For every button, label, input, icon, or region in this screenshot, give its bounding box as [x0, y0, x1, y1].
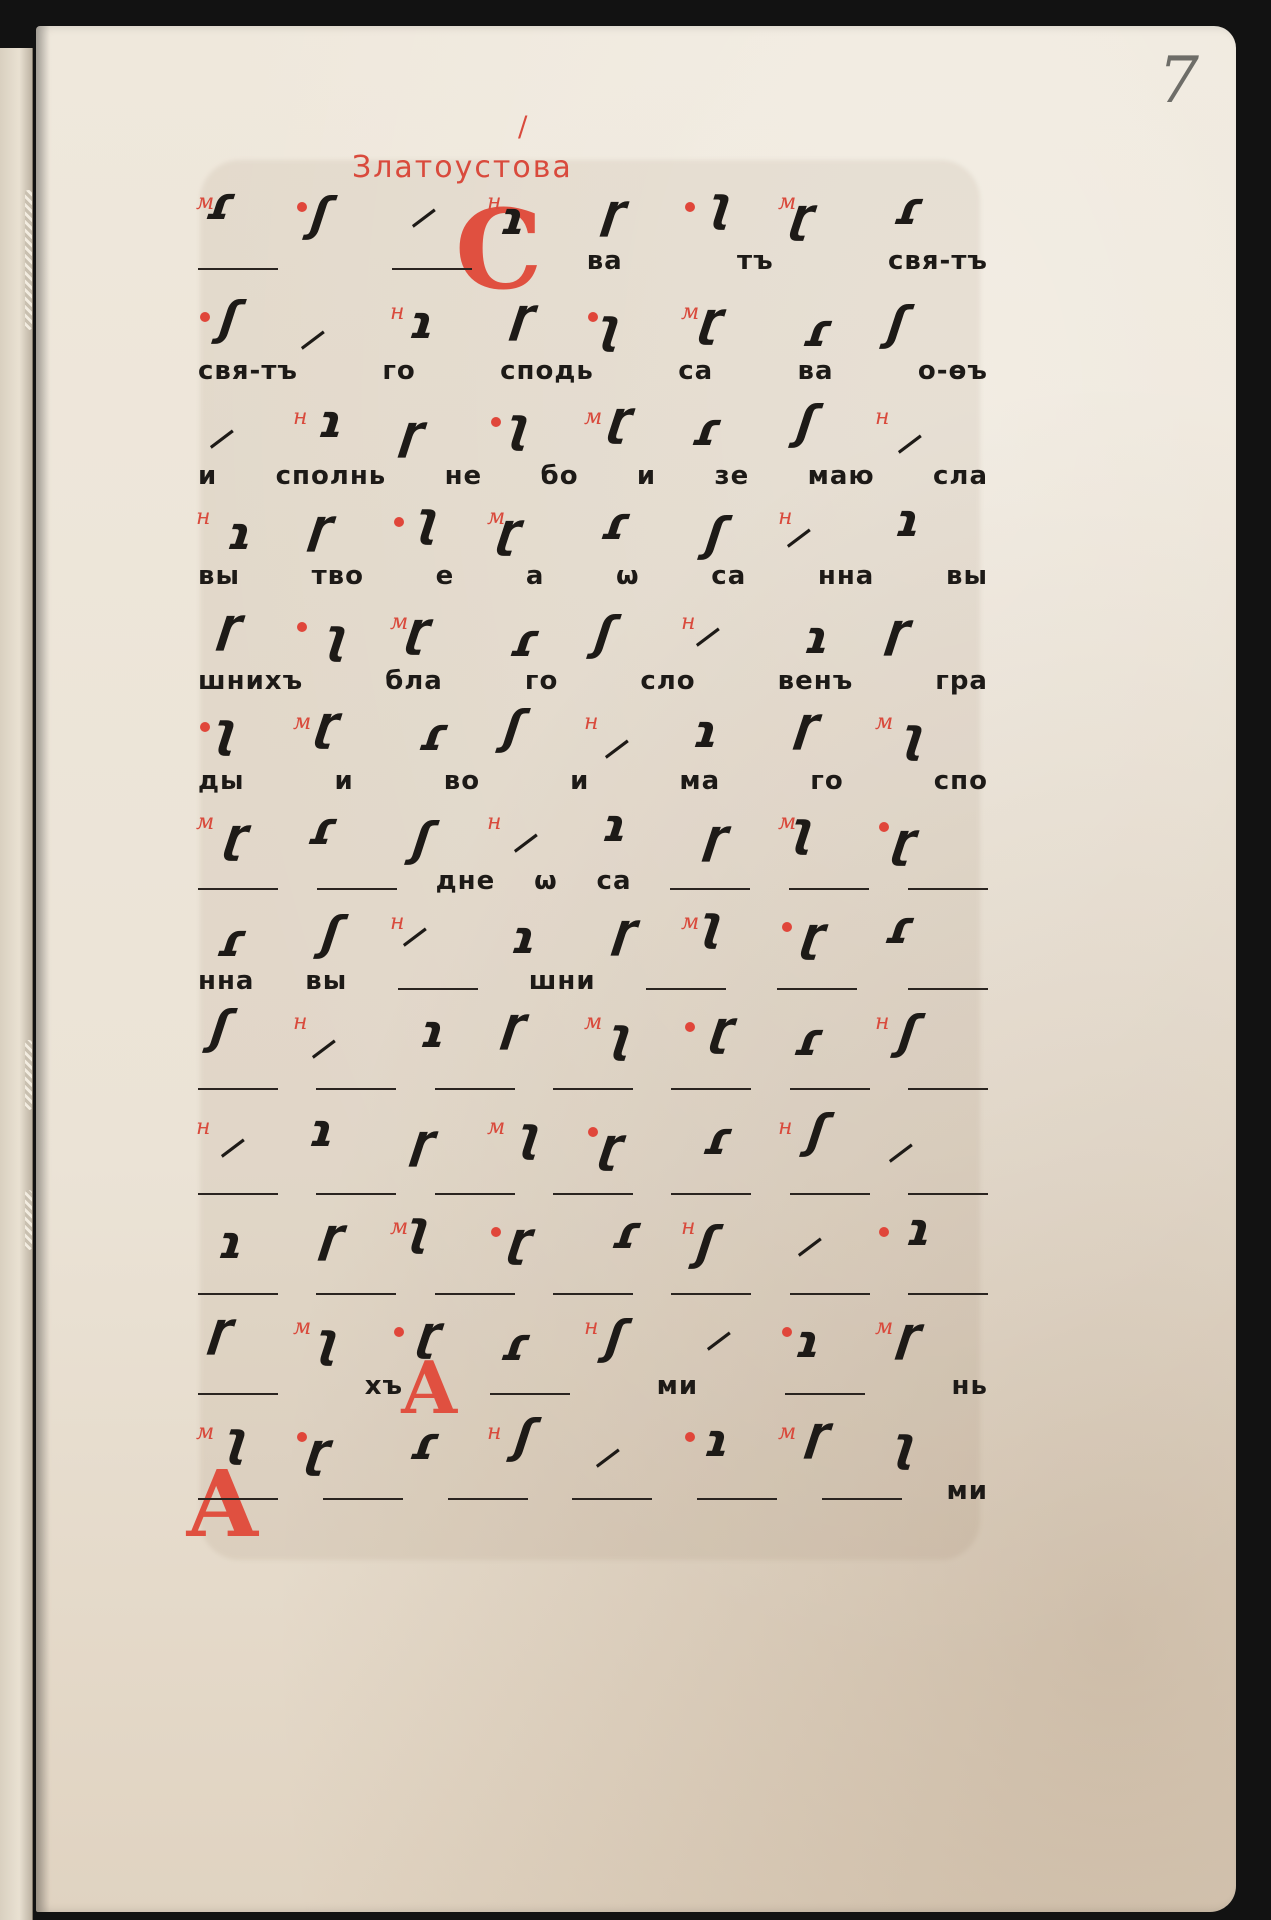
syllable-row — [198, 1066, 988, 1090]
neume-glyph-icon: ʅ — [885, 1421, 928, 1467]
neume-glyph-icon: ɾ — [414, 711, 456, 757]
neume-glyph-icon: ⸝ — [400, 903, 438, 949]
cinnabar-mark: н — [196, 1115, 211, 1140]
neume-glyph-icon: ʅ — [408, 496, 451, 542]
syllable-row: хъминь — [198, 1371, 988, 1401]
syllable — [671, 1066, 751, 1090]
cinnabar-dot-icon — [491, 1227, 501, 1237]
chant-line: ʃ⸝ɿнɼʅɽмɾʃсвя-тъгосподьсавао-ѳъ — [198, 290, 988, 394]
syllable: нна — [198, 966, 254, 996]
neume-glyph-icon: ɼ — [801, 1410, 839, 1456]
neume-glyph-icon: ɿ — [504, 914, 546, 960]
cinnabar-mark: м — [584, 1010, 602, 1035]
neume-glyph-icon: ɾ — [687, 406, 729, 452]
neume-glyph-icon: ɾ — [303, 805, 345, 851]
cinnabar-mark: м — [390, 610, 408, 635]
neume-glyph-icon: ⸝ — [886, 1119, 924, 1165]
syllable: о-ѳъ — [918, 356, 988, 386]
syllable — [198, 1066, 278, 1090]
syllable: гра — [935, 666, 988, 696]
syllable — [448, 1476, 528, 1500]
neume-glyph-icon: ⸝ — [511, 809, 549, 855]
syllable — [908, 966, 988, 990]
chant-line: ɼʅɽмɾʃ⸝нɿɼшнихъблагословенъгра — [198, 600, 988, 704]
syllable: ѡ — [534, 866, 558, 896]
syllable: и — [335, 766, 354, 796]
neume-glyph-icon: ɿ — [220, 510, 262, 556]
neume-glyph-icon: ʃ — [791, 399, 825, 445]
neume-glyph-icon: ɽ — [219, 812, 257, 858]
neume-glyph-icon: ɿ — [797, 614, 839, 660]
neume-glyph-icon: ɾ — [798, 307, 840, 353]
cinnabar-dot-icon — [685, 202, 695, 212]
syllable: свя-тъ — [888, 246, 988, 276]
syllable: во — [444, 766, 480, 796]
neume-glyph-icon: ɿ — [311, 398, 353, 444]
syllable: са — [678, 356, 713, 386]
syllable — [316, 1171, 396, 1195]
syllable — [822, 1476, 902, 1500]
neume-glyph-icon: ɿ — [302, 1107, 344, 1153]
syllable-row: днеѡса — [198, 866, 988, 896]
syllable — [789, 866, 869, 890]
syllable: спо — [934, 766, 988, 796]
cinnabar-mark: н — [487, 1420, 502, 1445]
cinnabar-mark: м — [778, 1420, 796, 1445]
syllable: и — [570, 766, 589, 796]
syllable — [198, 1476, 278, 1500]
neume-glyph-icon: ʅ — [601, 1012, 644, 1058]
neume-glyph-icon: ɾ — [405, 1420, 447, 1466]
neume-glyph-icon: ɽ — [705, 1005, 743, 1051]
syllable: ми — [657, 1371, 698, 1401]
cinnabar-mark: н — [487, 810, 502, 835]
neume-glyph-icon: ɼ — [506, 292, 544, 338]
syllable: дне — [436, 866, 496, 896]
syllable-row: ми — [198, 1476, 988, 1506]
neume-glyph-icon: ʅ — [894, 712, 937, 758]
neume-glyph-icon: ⸝ — [602, 715, 640, 761]
syllable: не — [445, 461, 483, 491]
syllable: ва — [798, 356, 834, 386]
syllable: тъ — [737, 246, 774, 276]
chant-line: ʅмɽɾʃн⸝ɿɼмʅми — [198, 1410, 988, 1514]
neume-glyph-icon: ɽ — [503, 1216, 541, 1262]
syllable: ми — [947, 1476, 988, 1506]
neume-glyph-icon: ʅ — [499, 402, 542, 448]
cinnabar-mark: м — [875, 1315, 893, 1340]
neume-glyph-icon: ɿ — [686, 708, 728, 754]
neume-glyph-icon: ɽ — [310, 700, 348, 746]
cinnabar-mark: м — [196, 1420, 214, 1445]
syllable: а — [526, 561, 545, 591]
cinnabar-dot-icon — [588, 1127, 598, 1137]
neume-glyph-icon: ʅ — [510, 1111, 553, 1157]
neume-glyph-icon: ɽ — [412, 1310, 450, 1356]
syllable: сла — [933, 461, 988, 491]
chant-line: ɼʅмɽɾʃн⸝ɿɼмхъминь — [198, 1305, 988, 1409]
cinnabar-mark: н — [390, 300, 405, 325]
cinnabar-mark: н — [293, 1010, 308, 1035]
syllable: сло — [640, 666, 695, 696]
neume-glyph-icon: ⸝ — [895, 410, 933, 456]
neume-glyph-icon: ɿ — [788, 1318, 830, 1364]
neume-row: ɾʃ⸝нɿɼʅмɽɾ — [198, 900, 988, 970]
neume-glyph-icon: ʃ — [589, 610, 623, 656]
neume-glyph-icon: ʃ — [316, 910, 350, 956]
cinnabar-mark: н — [681, 610, 696, 635]
neume-glyph-icon: ⸝ — [298, 306, 336, 352]
syllable: сполнь — [276, 461, 387, 491]
neume-row: ɼʅмɽɾʃн⸝ɿɼм — [198, 1305, 988, 1375]
cinnabar-dot-icon — [782, 1327, 792, 1337]
syllable: го — [525, 666, 558, 696]
cinnabar-mark: м — [584, 405, 602, 430]
cinnabar-mark: н — [584, 1315, 599, 1340]
syllable: бо — [541, 461, 579, 491]
syllable: маю — [808, 461, 875, 491]
neume-row: ʅмɽɾʃн⸝ɿɼмʅ — [198, 1410, 988, 1480]
cinnabar-mark: н — [778, 1115, 793, 1140]
syllable-row — [198, 1271, 988, 1295]
syllable — [646, 966, 726, 990]
neume-glyph-icon: ɿ — [697, 1417, 739, 1463]
neume-glyph-icon: ʃ — [214, 295, 248, 341]
cinnabar-dot-icon — [394, 517, 404, 527]
syllable — [908, 1271, 988, 1295]
neume-row: ɽмɾʃ⸝нɿɼʅмɽ — [198, 800, 988, 870]
neume-glyph-icon: ɼ — [315, 1212, 353, 1258]
neume-glyph-icon: ɾ — [496, 1321, 538, 1367]
cinnabar-dot-icon — [297, 202, 307, 212]
syllable — [908, 866, 988, 890]
neume-glyph-icon: ɽ — [603, 395, 641, 441]
syllable — [671, 1271, 751, 1295]
neume-glyph-icon: ɼ — [699, 813, 737, 859]
neume-glyph-icon: ʅ — [590, 303, 633, 349]
neume-glyph-icon: ʅ — [701, 181, 744, 227]
cinnabar-mark: м — [196, 810, 214, 835]
neume-row: ʅɽмɾʃ⸝нɿɼʅм — [198, 700, 988, 770]
chant-line: ɿɼʅмɽɾʃн⸝ɿ — [198, 1205, 988, 1309]
syllable-row: ннавышни — [198, 966, 988, 996]
neume-glyph-icon: ⸝ — [704, 1307, 742, 1353]
syllable — [435, 1066, 515, 1090]
syllable: венъ — [778, 666, 854, 696]
neume-glyph-icon: ɽ — [796, 911, 834, 957]
syllable: тво — [312, 561, 364, 591]
chant-line: ⸝ɿнɼʅɽмɾʃ⸝нисполньнебоиземаюсла — [198, 395, 988, 499]
cinnabar-dot-icon — [200, 722, 210, 732]
neume-row: ɼʅɽмɾʃ⸝нɿɼ — [198, 600, 988, 670]
syllable — [785, 1371, 865, 1395]
neume-glyph-icon: ʃ — [700, 511, 734, 557]
syllable: шнихъ — [198, 666, 303, 696]
syllable: вы — [946, 561, 988, 591]
syllable: го — [382, 356, 415, 386]
cinnabar-mark: н — [196, 505, 211, 530]
neume-glyph-icon: ɾ — [607, 1209, 649, 1255]
neume-glyph-icon: ɽ — [887, 817, 925, 863]
neume-row: ⸝ɿнɼʅɽмɾʃ⸝н — [198, 395, 988, 465]
syllable — [198, 1371, 278, 1395]
neume-glyph-icon: ʅ — [308, 1317, 351, 1363]
cinnabar-mark: м — [681, 910, 699, 935]
cinnabar-mark: м — [778, 810, 796, 835]
neume-glyph-icon: ⸝ — [207, 405, 245, 451]
neume-row: ɿɼʅмɽɾʃн⸝ɿ — [198, 1205, 988, 1275]
cinnabar-dot-icon — [491, 417, 501, 427]
syllable — [790, 1171, 870, 1195]
neume-glyph-icon: ⸝ — [693, 603, 731, 649]
syllable — [316, 1066, 396, 1090]
syllable: ѡ — [616, 561, 640, 591]
syllable — [777, 966, 857, 990]
cinnabar-mark: м — [681, 300, 699, 325]
neume-glyph-icon: ⸝ — [795, 1213, 833, 1259]
neume-glyph-icon: ɿ — [595, 802, 637, 848]
neume-glyph-icon: ʃ — [205, 1004, 239, 1050]
neume-glyph-icon: ɾ — [505, 617, 547, 663]
neume-glyph-icon: ɼ — [790, 701, 828, 747]
neume-glyph-icon: ʃ — [893, 1009, 927, 1055]
neume-row: ʃ⸝нɿɼʅмɽɾʃн — [198, 1000, 988, 1070]
syllable — [790, 1271, 870, 1295]
folio-number: 7 — [1158, 44, 1199, 118]
cinnabar-mark: н — [487, 190, 502, 215]
neume-glyph-icon: ʃ — [802, 1108, 836, 1154]
syllable — [198, 866, 278, 890]
neume-glyph-icon: ʃ — [600, 1314, 634, 1360]
syllable — [317, 866, 397, 890]
syllable: е — [436, 561, 455, 591]
syllable-row — [198, 1171, 988, 1195]
cinnabar-dot-icon — [200, 312, 210, 322]
cinnabar-dot-icon — [685, 1022, 695, 1032]
syllable: и — [637, 461, 656, 491]
neume-row: ɾмʃ⸝ɿнɼʅɽмɾ — [198, 180, 988, 250]
cinnabar-mark: н — [293, 405, 308, 430]
syllable: го — [810, 766, 843, 796]
syllable-row: шнихъблагословенъгра — [198, 666, 988, 696]
neume-glyph-icon: ɿ — [888, 497, 930, 543]
neume-glyph-icon: ɼ — [608, 907, 646, 953]
syllable: са — [711, 561, 746, 591]
syllable: зе — [714, 461, 749, 491]
cinnabar-mark: н — [875, 405, 890, 430]
neume-glyph-icon: ʃ — [691, 1220, 725, 1266]
syllable — [553, 1066, 633, 1090]
neume-glyph-icon: ʅ — [317, 613, 360, 659]
neume-glyph-icon: ʃ — [407, 816, 441, 862]
neume-glyph-icon: ɼ — [406, 1118, 444, 1164]
syllable: ма — [679, 766, 720, 796]
gutter-shadow — [36, 26, 50, 1912]
neume-glyph-icon: ɾ — [880, 904, 922, 950]
neume-glyph-icon: ʅ — [206, 707, 249, 753]
neume-glyph-icon: ɽ — [594, 1122, 632, 1168]
neume-glyph-icon: ɼ — [881, 607, 919, 653]
cinnabar-dot-icon — [297, 622, 307, 632]
neume-row: ʃ⸝ɿнɼʅɽмɾʃ — [198, 290, 988, 360]
syllable: са — [597, 866, 632, 896]
syllable: и — [198, 461, 217, 491]
syllable-row: исполньнебоиземаюсла — [198, 461, 988, 491]
syllable — [553, 1171, 633, 1195]
syllable-row: вытвоеаѡсаннавы — [198, 561, 988, 591]
neume-glyph-icon: ɼ — [204, 1306, 242, 1352]
cinnabar-mark: м — [875, 710, 893, 735]
syllable — [908, 1066, 988, 1090]
syllable — [553, 1271, 633, 1295]
cinnabar-mark: н — [584, 710, 599, 735]
cinnabar-mark: н — [778, 505, 793, 530]
neume-row: ɿнɼʅɽмɾʃ⸝нɿ — [198, 495, 988, 565]
neume-glyph-icon: ⸝ — [409, 184, 447, 230]
neume-glyph-icon: ɾ — [789, 1016, 831, 1062]
syllable — [398, 966, 478, 990]
neume-glyph-icon: ɼ — [395, 409, 433, 455]
binding-thread — [25, 1190, 32, 1250]
cinnabar-mark: н — [681, 1215, 696, 1240]
cinnabar-dot-icon — [394, 1327, 404, 1337]
syllable — [323, 1476, 403, 1500]
neume-glyph-icon: ɿ — [899, 1206, 941, 1252]
syllable: вы — [198, 561, 240, 591]
syllable — [435, 1171, 515, 1195]
syllable-row: дыивоимагоспо — [198, 766, 988, 796]
rubric-mark: / — [518, 110, 527, 143]
cinnabar-mark: м — [293, 710, 311, 735]
neume-glyph-icon: ɼ — [892, 1311, 930, 1357]
syllable — [316, 1271, 396, 1295]
chant-line: ⸝нɿɼʅмɽɾʃн⸝ — [198, 1105, 988, 1209]
neume-glyph-icon: ⸝ — [218, 1114, 256, 1160]
syllable — [908, 1171, 988, 1195]
syllable — [490, 1371, 570, 1395]
chant-line: ɾмʃ⸝ɿнɼʅɽмɾватъсвя-тъ — [198, 180, 988, 284]
syllable — [435, 1271, 515, 1295]
cinnabar-dot-icon — [879, 1227, 889, 1237]
cinnabar-dot-icon — [297, 1432, 307, 1442]
neume-glyph-icon: ʃ — [882, 300, 916, 346]
syllable: свя-тъ — [198, 356, 298, 386]
neume-glyph-icon: ɿ — [402, 299, 444, 345]
neume-glyph-icon: ʃ — [509, 1413, 543, 1459]
syllable: вы — [305, 966, 347, 996]
cinnabar-mark: м — [487, 1115, 505, 1140]
binding-thread — [25, 190, 32, 330]
syllable: бла — [385, 666, 443, 696]
neume-glyph-icon: ɾ — [596, 500, 638, 546]
syllable — [671, 1171, 751, 1195]
syllable: нна — [818, 561, 874, 591]
chant-line: ʅɽмɾʃ⸝нɿɼʅмдыивоимагоспо — [198, 700, 988, 804]
cinnabar-dot-icon — [588, 312, 598, 322]
chant-line: ʃ⸝нɿɼʅмɽɾʃн — [198, 1000, 988, 1104]
cinnabar-mark: м — [487, 505, 505, 530]
cinnabar-mark: м — [196, 190, 214, 215]
syllable — [572, 1476, 652, 1500]
syllable-row: ватъсвя-тъ — [198, 246, 988, 276]
neume-glyph-icon: ɾ — [212, 917, 254, 963]
syllable — [392, 246, 472, 270]
cinnabar-mark: н — [390, 910, 405, 935]
neume-glyph-icon: ɾ — [698, 1115, 740, 1161]
neume-glyph-icon: ɼ — [497, 1001, 535, 1047]
cinnabar-mark: м — [293, 1315, 311, 1340]
syllable: ва — [587, 246, 623, 276]
neume-glyph-icon: ɾ — [889, 185, 931, 231]
syllable: нь — [952, 1371, 988, 1401]
syllable — [198, 1171, 278, 1195]
neume-glyph-icon: ɼ — [304, 503, 342, 549]
chant-line: ɾʃ⸝нɿɼʅмɽɾннавышни — [198, 900, 988, 1004]
neume-glyph-icon: ɼ — [597, 188, 635, 234]
neume-glyph-icon: ɿ — [413, 1008, 455, 1054]
neume-glyph-icon: ⸝ — [593, 1424, 631, 1470]
syllable-row: свя-тъгосподьсавао-ѳъ — [198, 356, 988, 386]
cinnabar-mark: н — [875, 1010, 890, 1035]
syllable: хъ — [365, 1371, 403, 1401]
syllable: ды — [198, 766, 245, 796]
neume-glyph-icon: ʃ — [498, 704, 532, 750]
neume-row: ⸝нɿɼʅмɽɾʃн⸝ — [198, 1105, 988, 1175]
neume-glyph-icon: ⸝ — [309, 1015, 347, 1061]
binding-thread — [25, 1040, 32, 1110]
syllable — [697, 1476, 777, 1500]
cinnabar-dot-icon — [879, 822, 889, 832]
cinnabar-mark: м — [778, 190, 796, 215]
syllable — [198, 1271, 278, 1295]
chant-line: ɿнɼʅɽмɾʃ⸝нɿвытвоеаѡсаннавы — [198, 495, 988, 599]
cinnabar-dot-icon — [685, 1432, 695, 1442]
neume-glyph-icon: ɿ — [211, 1219, 253, 1265]
syllable: шни — [529, 966, 596, 996]
syllable — [198, 246, 278, 270]
syllable — [670, 866, 750, 890]
cinnabar-mark: м — [390, 1215, 408, 1240]
cinnabar-dot-icon — [782, 922, 792, 932]
chant-line: ɽмɾʃ⸝нɿɼʅмɽднеѡса — [198, 800, 988, 904]
neume-glyph-icon: ɼ — [213, 602, 251, 648]
syllable — [790, 1066, 870, 1090]
neume-glyph-icon: ʅ — [217, 1416, 260, 1462]
neume-glyph-icon: ʃ — [305, 191, 339, 237]
syllable: сподь — [500, 356, 594, 386]
